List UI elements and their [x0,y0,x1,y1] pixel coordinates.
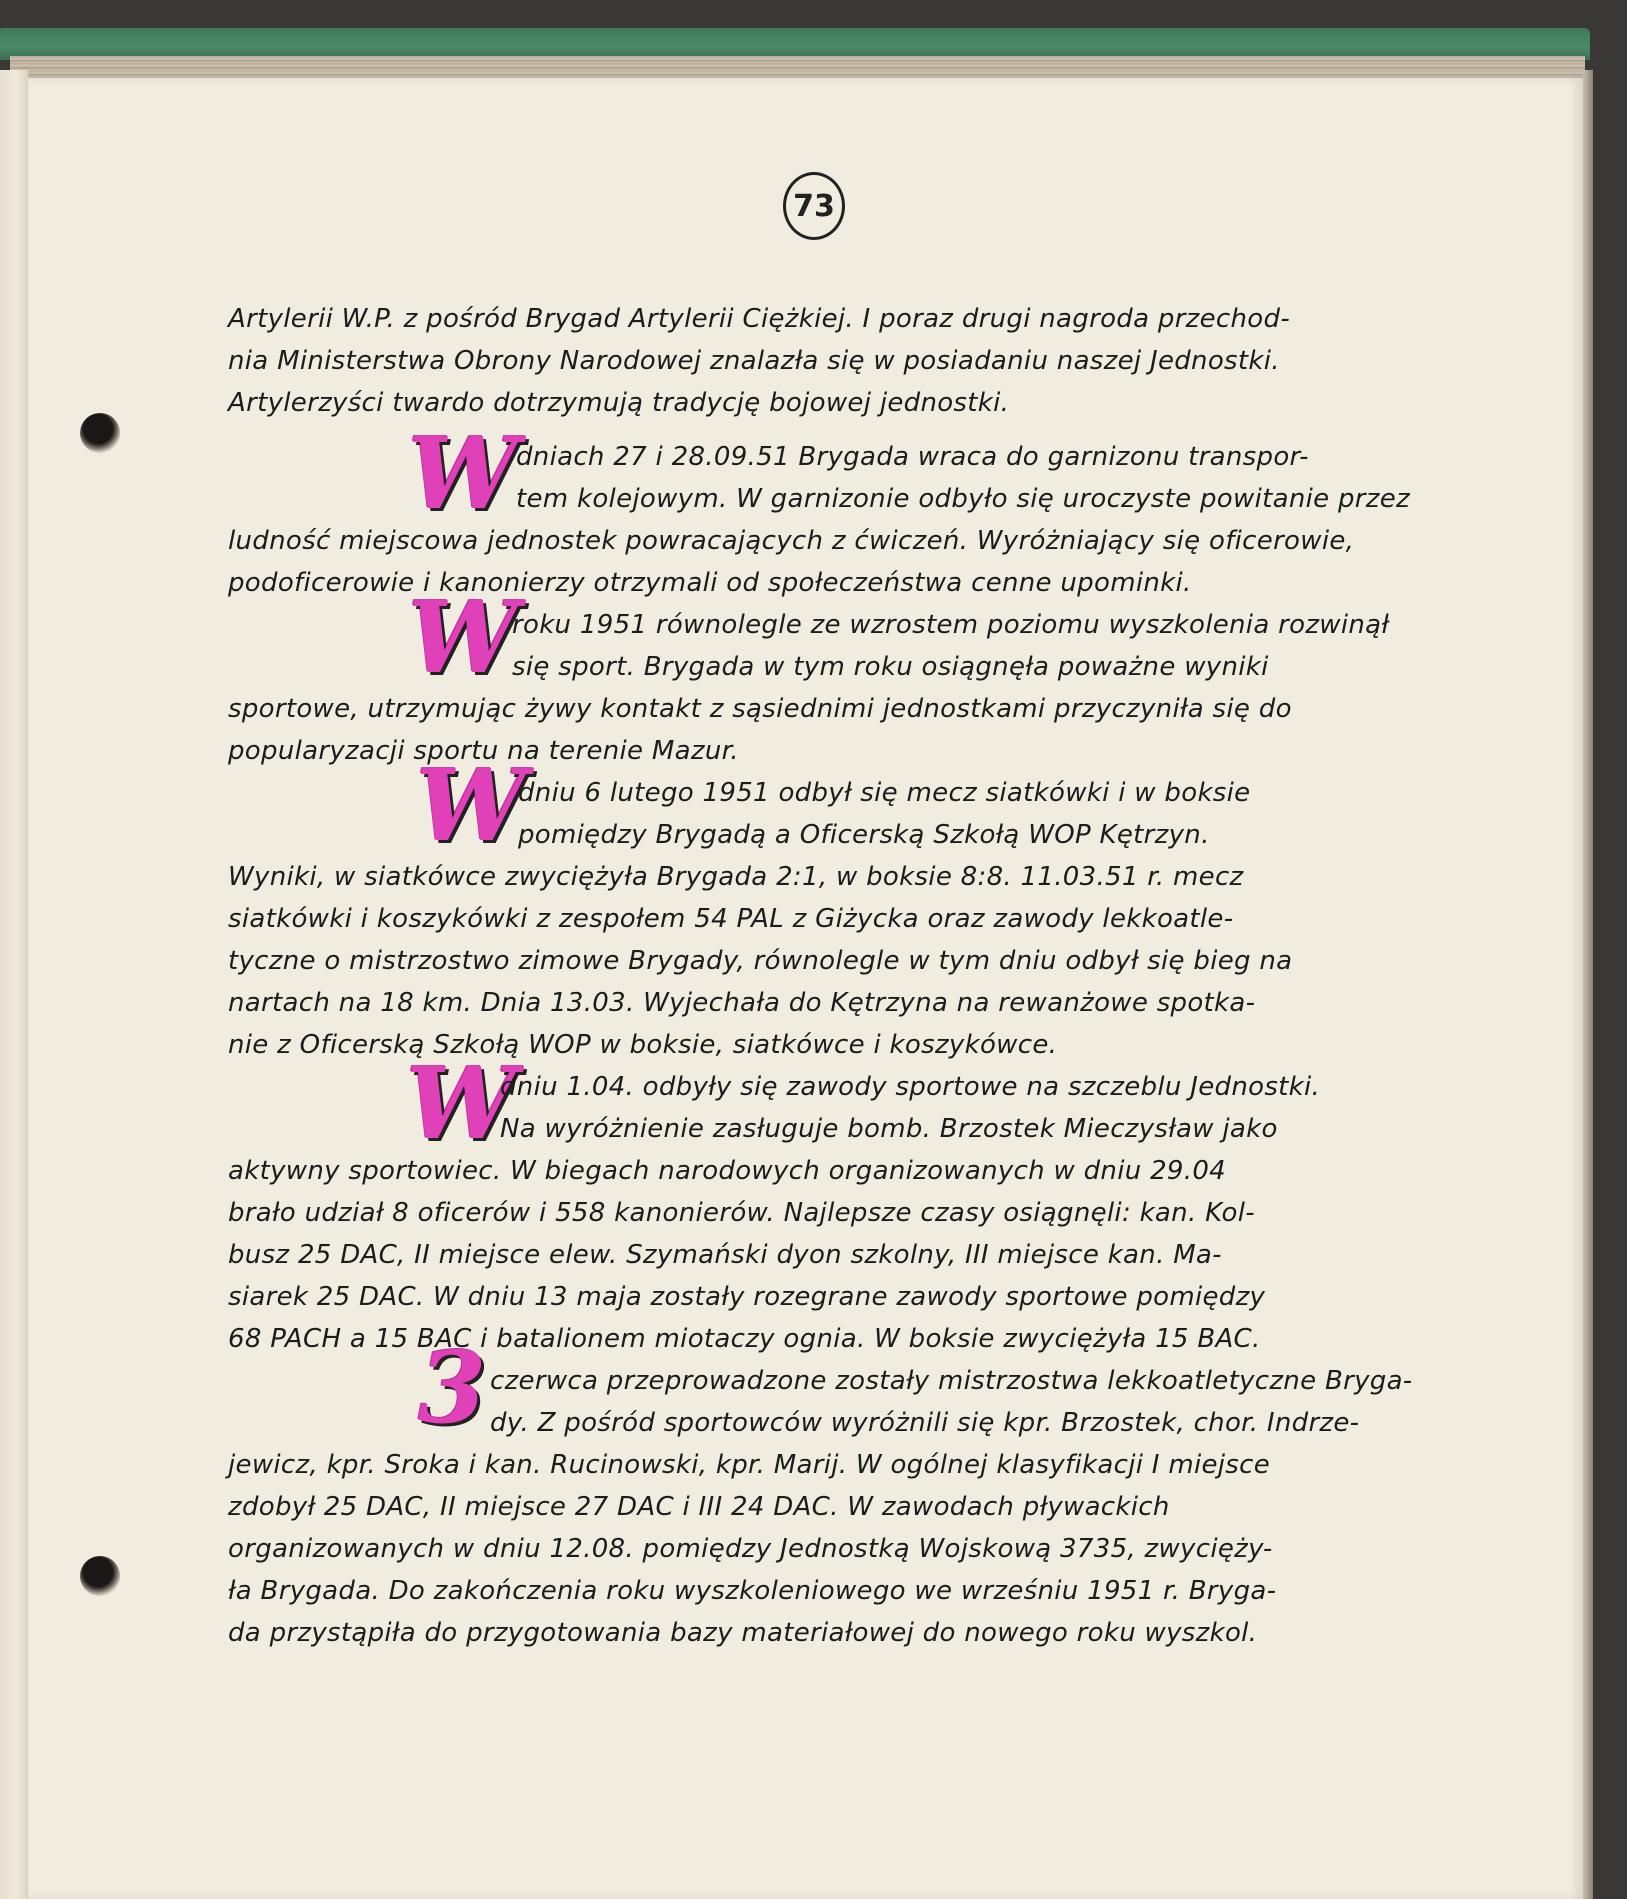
text-line: dniu 6 lutego 1951 odbył się mecz siatkó… [518,772,1250,814]
punch-hole-bottom [80,1556,120,1596]
text-line: zdobył 25 DAC, II miejsce 27 DAC i III 2… [228,1486,1170,1528]
text-line: da przystąpiła do przygotowania bazy mat… [228,1612,1257,1654]
page-number: 73 [783,172,845,240]
binding-strip [0,70,29,1899]
text-line: Wyniki, w siatkówce zwyciężyła Brygada 2… [228,856,1244,898]
page-right-edge [1583,70,1593,1899]
text-line: jewicz, kpr. Sroka i kan. Rucinowski, kp… [228,1444,1270,1486]
text-line: brało udział 8 oficerów i 558 kanonierów… [228,1192,1255,1234]
text-line: siatkówki i koszykówki z zespołem 54 PAL… [228,898,1233,940]
text-line: aktywny sportowiec. W biegach narodowych… [228,1150,1226,1192]
text-line: tem kolejowym. W garnizonie odbyło się u… [516,478,1410,520]
text-line: dy. Z pośród sportowców wyróżnili się kp… [490,1402,1359,1444]
text-line: sportowe, utrzymując żywy kontakt z sąsi… [228,688,1292,730]
text-line: tyczne o mistrzostwo zimowe Brygady, rów… [228,940,1292,982]
text-line: się sport. Brygada w tym roku osiągnęła … [512,646,1269,688]
decorative-initial-w-1: W [408,426,518,524]
punch-hole-top [80,413,120,453]
decorative-initial-w-2: W [408,590,518,688]
text-line: busz 25 DAC, II miejsce elew. Szymański … [228,1234,1222,1276]
page-stack-edges [10,56,1585,80]
text-line: nartach na 18 km. Dnia 13.03. Wyjechała … [228,982,1255,1024]
text-line: siarek 25 DAC. W dniu 13 maja zostały ro… [228,1276,1265,1318]
page-number-text: 73 [793,189,835,224]
text-line: Artylerzyści twardo dotrzymują tradycję … [228,382,1009,424]
text-line: roku 1951 równolegle ze wzrostem poziomu… [512,604,1389,646]
text-line: czerwca przeprowadzone zostały mistrzost… [490,1360,1412,1402]
text-line: ła Brygada. Do zakończenia roku wyszkole… [228,1570,1276,1612]
text-line: dniach 27 i 28.09.51 Brygada wraca do ga… [516,436,1309,478]
text-line: popularyzacji sportu na terenie Mazur. [228,730,739,772]
decorative-initial-w-3: W [416,758,526,856]
text-line: Artylerii W.P. z pośród Brygad Artylerii… [228,298,1290,340]
text-line: nie z Oficerską Szkołą WOP w boksie, sia… [228,1024,1057,1066]
text-line: organizowanych w dniu 12.08. pomiędzy Je… [228,1528,1273,1570]
text-line: ludność miejscowa jednostek powracającyc… [228,520,1354,562]
text-line: 68 PACH a 15 BAC i batalionem miotaczy o… [228,1318,1261,1360]
text-line: Na wyróżnienie zasługuje bomb. Brzostek … [500,1108,1278,1150]
text-line: nia Ministerstwa Obrony Narodowej znalaz… [228,340,1280,382]
text-line: dniu 1.04. odbyły się zawody sportowe na… [500,1066,1320,1108]
text-line: podoficerowie i kanonierzy otrzymali od … [228,562,1192,604]
text-line: pomiędzy Brygadą a Oficerską Szkołą WOP … [518,814,1210,856]
